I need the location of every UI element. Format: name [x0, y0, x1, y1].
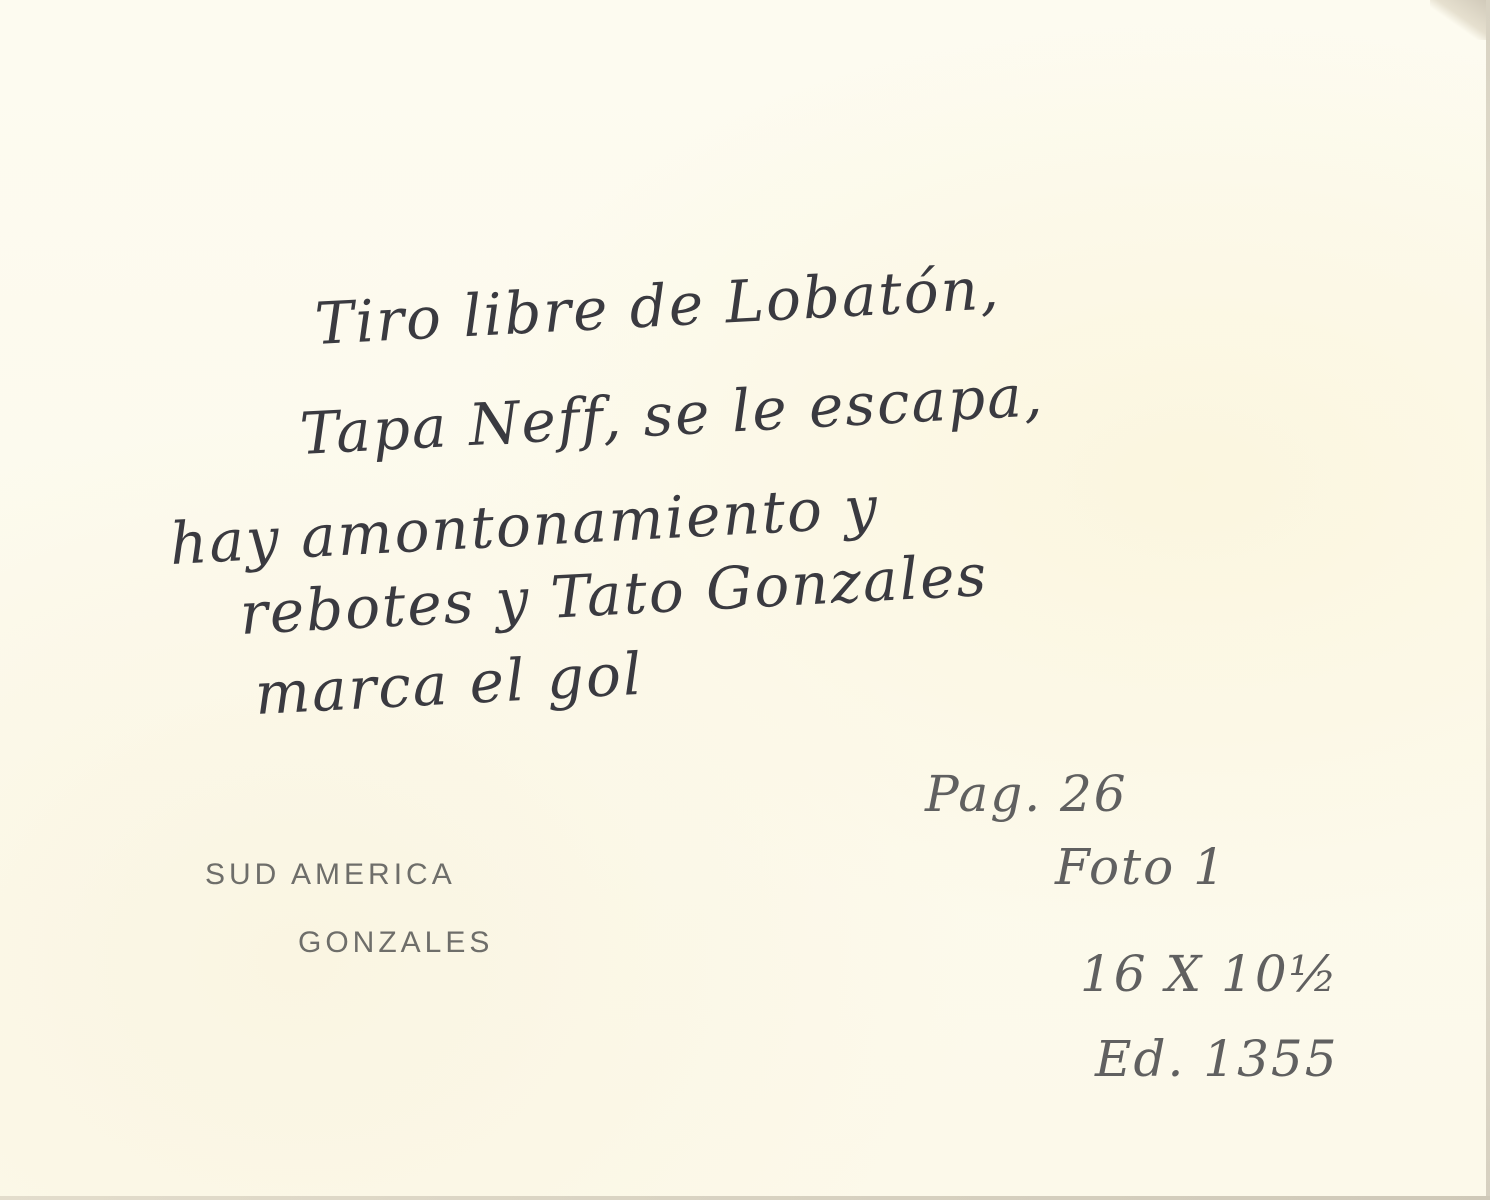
publication-label: SUD AMERICA	[205, 858, 456, 892]
paper-corner-wear	[1430, 0, 1490, 40]
size-annotation: 16 X 10½	[1080, 945, 1339, 1003]
page-annotation: Pag. 26	[925, 765, 1128, 823]
paper-right-edge	[1486, 0, 1490, 1200]
photo-annotation: Foto 1	[1055, 838, 1227, 896]
name-label: GONZALES	[298, 926, 493, 960]
edition-annotation: Ed. 1355	[1095, 1030, 1339, 1088]
paper-bottom-edge	[0, 1196, 1490, 1200]
